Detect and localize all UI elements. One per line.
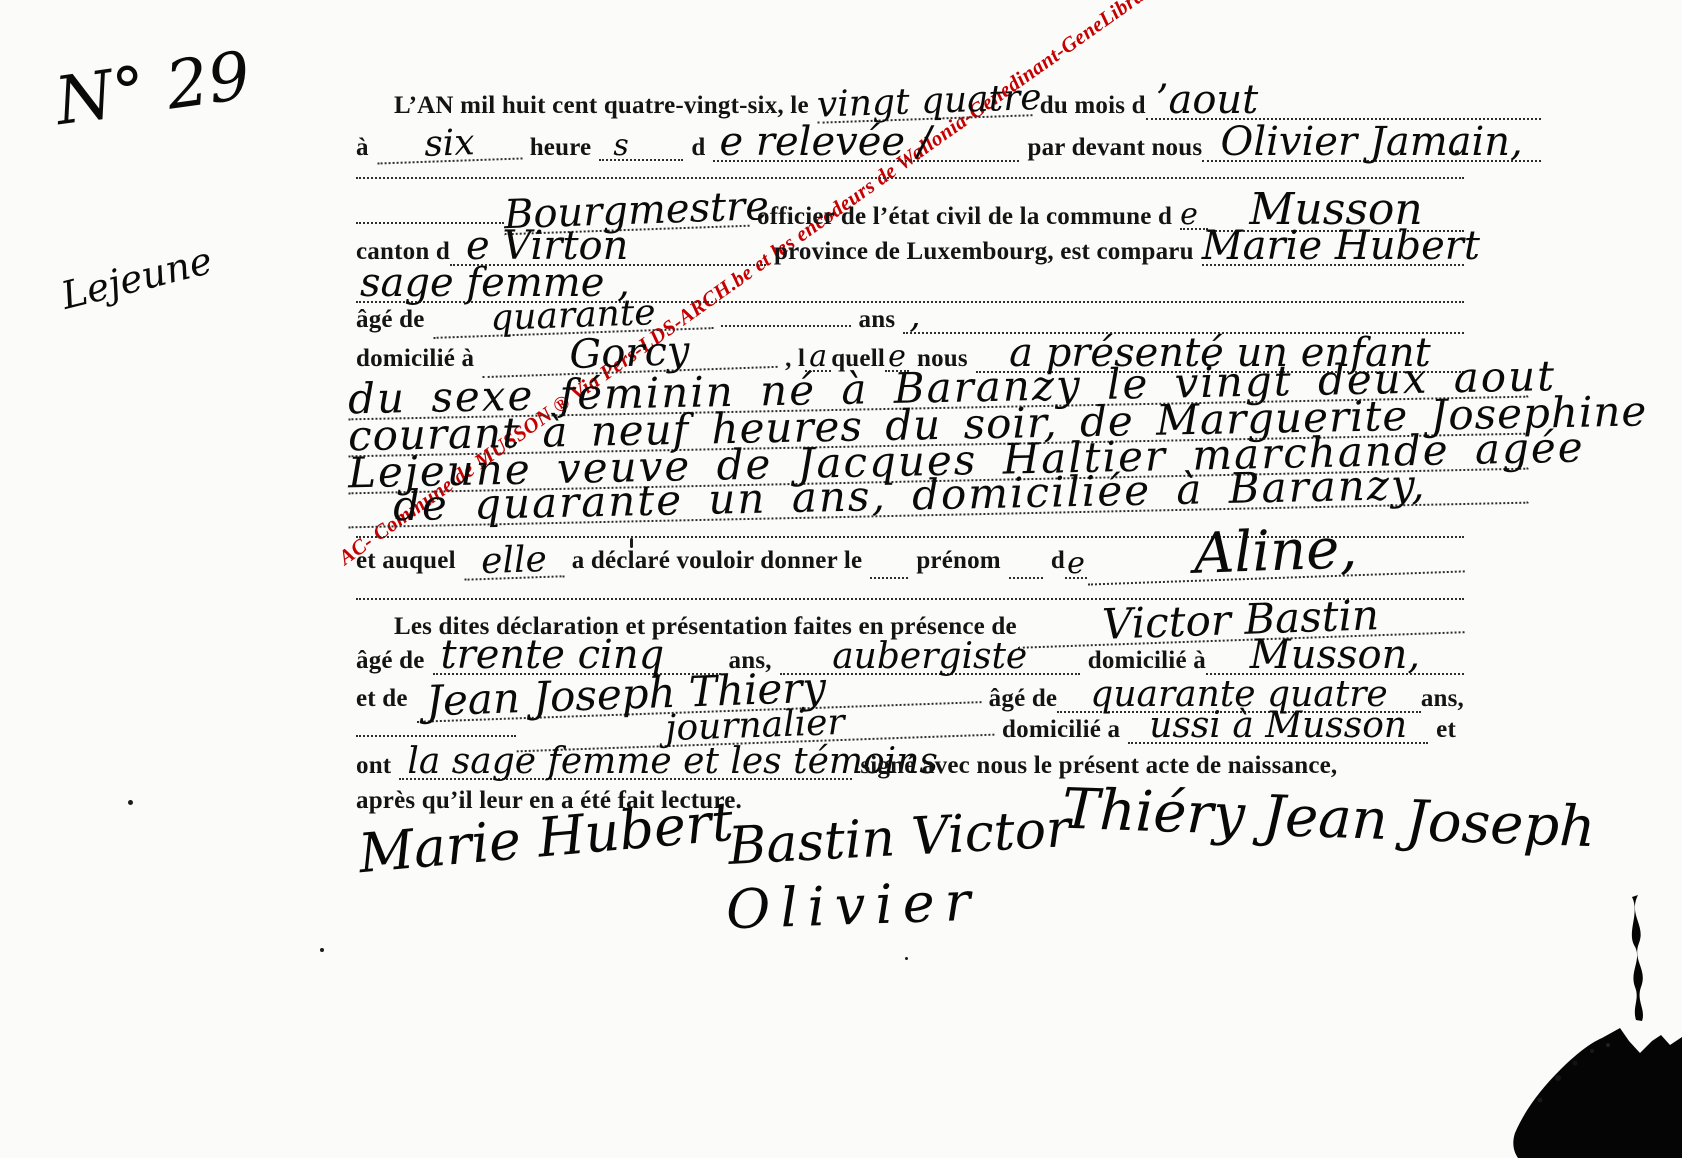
act-line-14: et auquel elle a déclaré vouloir donner … (356, 529, 1464, 579)
handwritten-witness2-domicile: ussi à Musson (1128, 710, 1428, 744)
dotted-blank (870, 577, 908, 579)
ruled-line (356, 177, 1464, 179)
act-line-19: journalier domicilié a ussi à Musson et (356, 710, 1464, 744)
birth-record-scan: N° 29 Lejeune AC- Commune de MUSSON ® Vi… (0, 0, 1682, 1158)
handwritten-signatories: la sage femme et les témoins (399, 746, 852, 780)
margin-surname-note: Lejeune (57, 238, 217, 318)
printed-text: âgé de (989, 686, 1058, 711)
printed-text: à (356, 135, 369, 160)
signature-thiery-jean-joseph: Thiéry Jean Joseph (1061, 777, 1596, 861)
ink-speck (630, 538, 633, 548)
handwritten-declarant-name: Marie Hubert (1202, 228, 1464, 266)
handwritten-hour: six (376, 125, 522, 164)
printed-text: prénom (916, 548, 1001, 579)
ink-speck (1455, 150, 1459, 154)
ink-speck (320, 948, 324, 952)
handwritten-day: vingt quatre (816, 82, 1032, 124)
dotted-blank (356, 177, 1464, 179)
handwritten-officer-name: Olivier Jamain, (1202, 124, 1541, 162)
dotted-blank (721, 325, 851, 327)
printed-text: et de (356, 686, 408, 711)
handwritten-relevee: e relevée / (713, 124, 1019, 162)
ink-blob-artifact (1480, 895, 1682, 1158)
printed-text: province de Luxembourg, est comparu (774, 239, 1194, 264)
printed-text: signé avec nous le présent acte de naiss… (860, 753, 1337, 778)
act-line-20: ont la sage femme et les témoins signé a… (356, 746, 1464, 780)
handwritten-child-name: Aline, (1086, 520, 1465, 586)
act-line-2: à six heure s d e relevée / par devant n… (356, 124, 1541, 162)
handwritten-month: ’aout (1146, 82, 1541, 120)
printed-text: domicilié a (1002, 717, 1120, 742)
printed-text: ans (859, 307, 896, 332)
printed-text: âgé de (356, 648, 425, 673)
dotted-blank (1009, 577, 1043, 579)
printed-text: domicilié à (356, 346, 474, 371)
printed-text: officier de l’état civil de la commune d (757, 204, 1172, 229)
printed-text: d (691, 135, 705, 160)
printed-text: d (1051, 548, 1065, 579)
ink-speck (905, 957, 908, 960)
printed-text: et auquel (356, 548, 456, 579)
handwritten-elle: elle (463, 543, 564, 581)
printed-text: L’AN mil huit cent quatre-vingt-six, le (356, 93, 809, 118)
dotted-blank (356, 735, 516, 737)
handwritten-plural: s (599, 132, 683, 161)
printed-text: a déclaré vouloir donner le (572, 548, 863, 579)
printed-text: ans, (1421, 686, 1464, 711)
printed-text: heure (530, 135, 592, 160)
printed-text: domicilié à (1088, 648, 1206, 673)
printed-text: par devant nous (1027, 135, 1202, 160)
printed-text: âgé de (356, 307, 425, 332)
ink-speck (128, 800, 133, 805)
printed-text: et (1436, 717, 1456, 742)
handwritten-witness1-domicile: Musson, (1206, 637, 1464, 675)
signature-olivier: Olivier (725, 870, 981, 942)
act-line-1: L’AN mil huit cent quatre-vingt-six, le … (356, 82, 1541, 120)
printed-text: ont (356, 753, 391, 778)
handwritten-letter: e (1065, 550, 1087, 579)
act-number: N° 29 (51, 37, 256, 140)
printed-text: du mois d (1040, 93, 1146, 118)
